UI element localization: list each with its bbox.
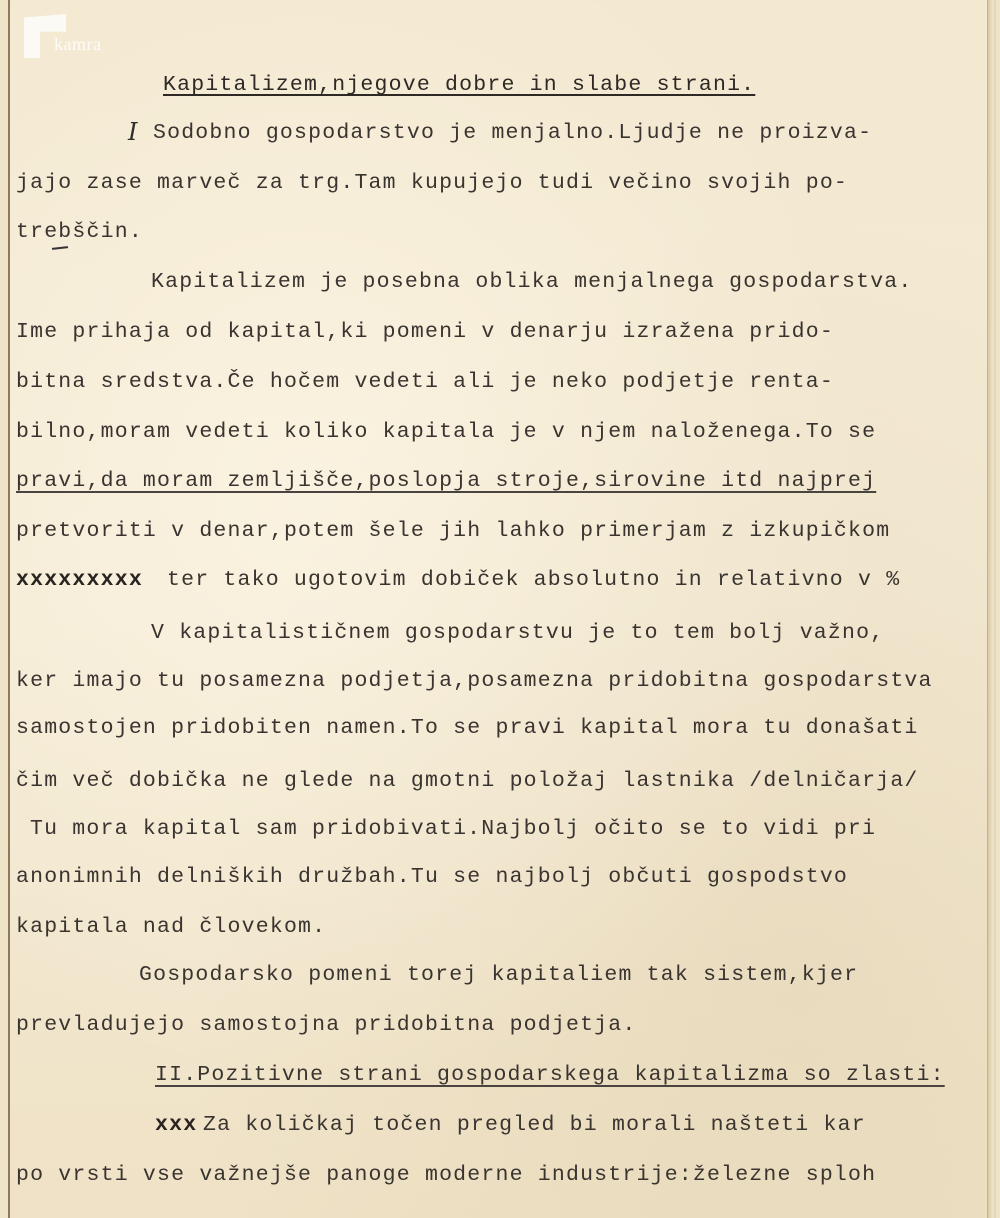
text-line-9: pretvoriti v denar,potem šele jih lahko … bbox=[16, 518, 890, 544]
text-line-17: kapitala nad človekom. bbox=[16, 914, 326, 940]
text-line-15: Tu mora kapital sam pridobivati.Najbolj … bbox=[30, 816, 876, 842]
text-line-13: samostojen pridobiten namen.To se pravi … bbox=[16, 715, 919, 741]
watermark-text: kamra bbox=[54, 34, 101, 55]
text-line-16: anonimnih delniških družbah.Tu se najbol… bbox=[16, 864, 848, 890]
kamra-watermark: kamra bbox=[24, 10, 144, 60]
document-title: Kapitalizem,njegove dobre in slabe stran… bbox=[163, 72, 755, 98]
section-mark-I: I bbox=[128, 118, 137, 146]
text-line-2: jajo zase marveč za trg.Tam kupujejo tud… bbox=[16, 170, 848, 196]
section-heading-II: II.Pozitivne strani gospodarskega kapita… bbox=[155, 1062, 945, 1088]
text-line-11: V kapitalističnem gospodarstvu je to tem… bbox=[151, 620, 884, 646]
text-line-22: po vrsti vse važnejše panoge moderne ind… bbox=[16, 1162, 876, 1188]
text-line-3: trebščin. bbox=[16, 219, 143, 245]
text-line-19: prevladujejo samostojna pridobitna podje… bbox=[16, 1012, 637, 1038]
text-line-1: Sodobno gospodarstvo je menjalno.Ljudje … bbox=[153, 120, 872, 146]
text-line-14: čim več dobička ne glede na gmotni polož… bbox=[16, 768, 919, 794]
text-line-10: ter tako ugotovim dobiček absolutno in r… bbox=[167, 567, 900, 593]
text-line-8: pravi,da moram zemljišče,poslopja stroje… bbox=[16, 468, 876, 494]
text-line-18: Gospodarsko pomeni torej kapitaliem tak … bbox=[139, 962, 858, 988]
document-page: kamra Kapitalizem,njegove dobre in slabe… bbox=[8, 0, 996, 1218]
page-edge bbox=[987, 0, 996, 1218]
struck-prefix: xxx bbox=[155, 1112, 197, 1138]
text-line-12: ker imajo tu posamezna podjetja,posamezn… bbox=[16, 668, 933, 694]
correction-mark bbox=[52, 246, 68, 250]
text-line-6: bitna sredstva.Če hočem vedeti ali je ne… bbox=[16, 369, 834, 395]
text-line-7: bilno,moram vedeti koliko kapitala je v … bbox=[16, 419, 876, 445]
struck-text: xxxxxxxxx bbox=[16, 567, 143, 593]
text-line-5: Ime prihaja od kapital,ki pomeni v denar… bbox=[16, 319, 834, 345]
text-line-21: Za količkaj točen pregled bi morali našt… bbox=[203, 1112, 866, 1138]
text-line-4: Kapitalizem je posebna oblika menjalnega… bbox=[151, 269, 913, 295]
